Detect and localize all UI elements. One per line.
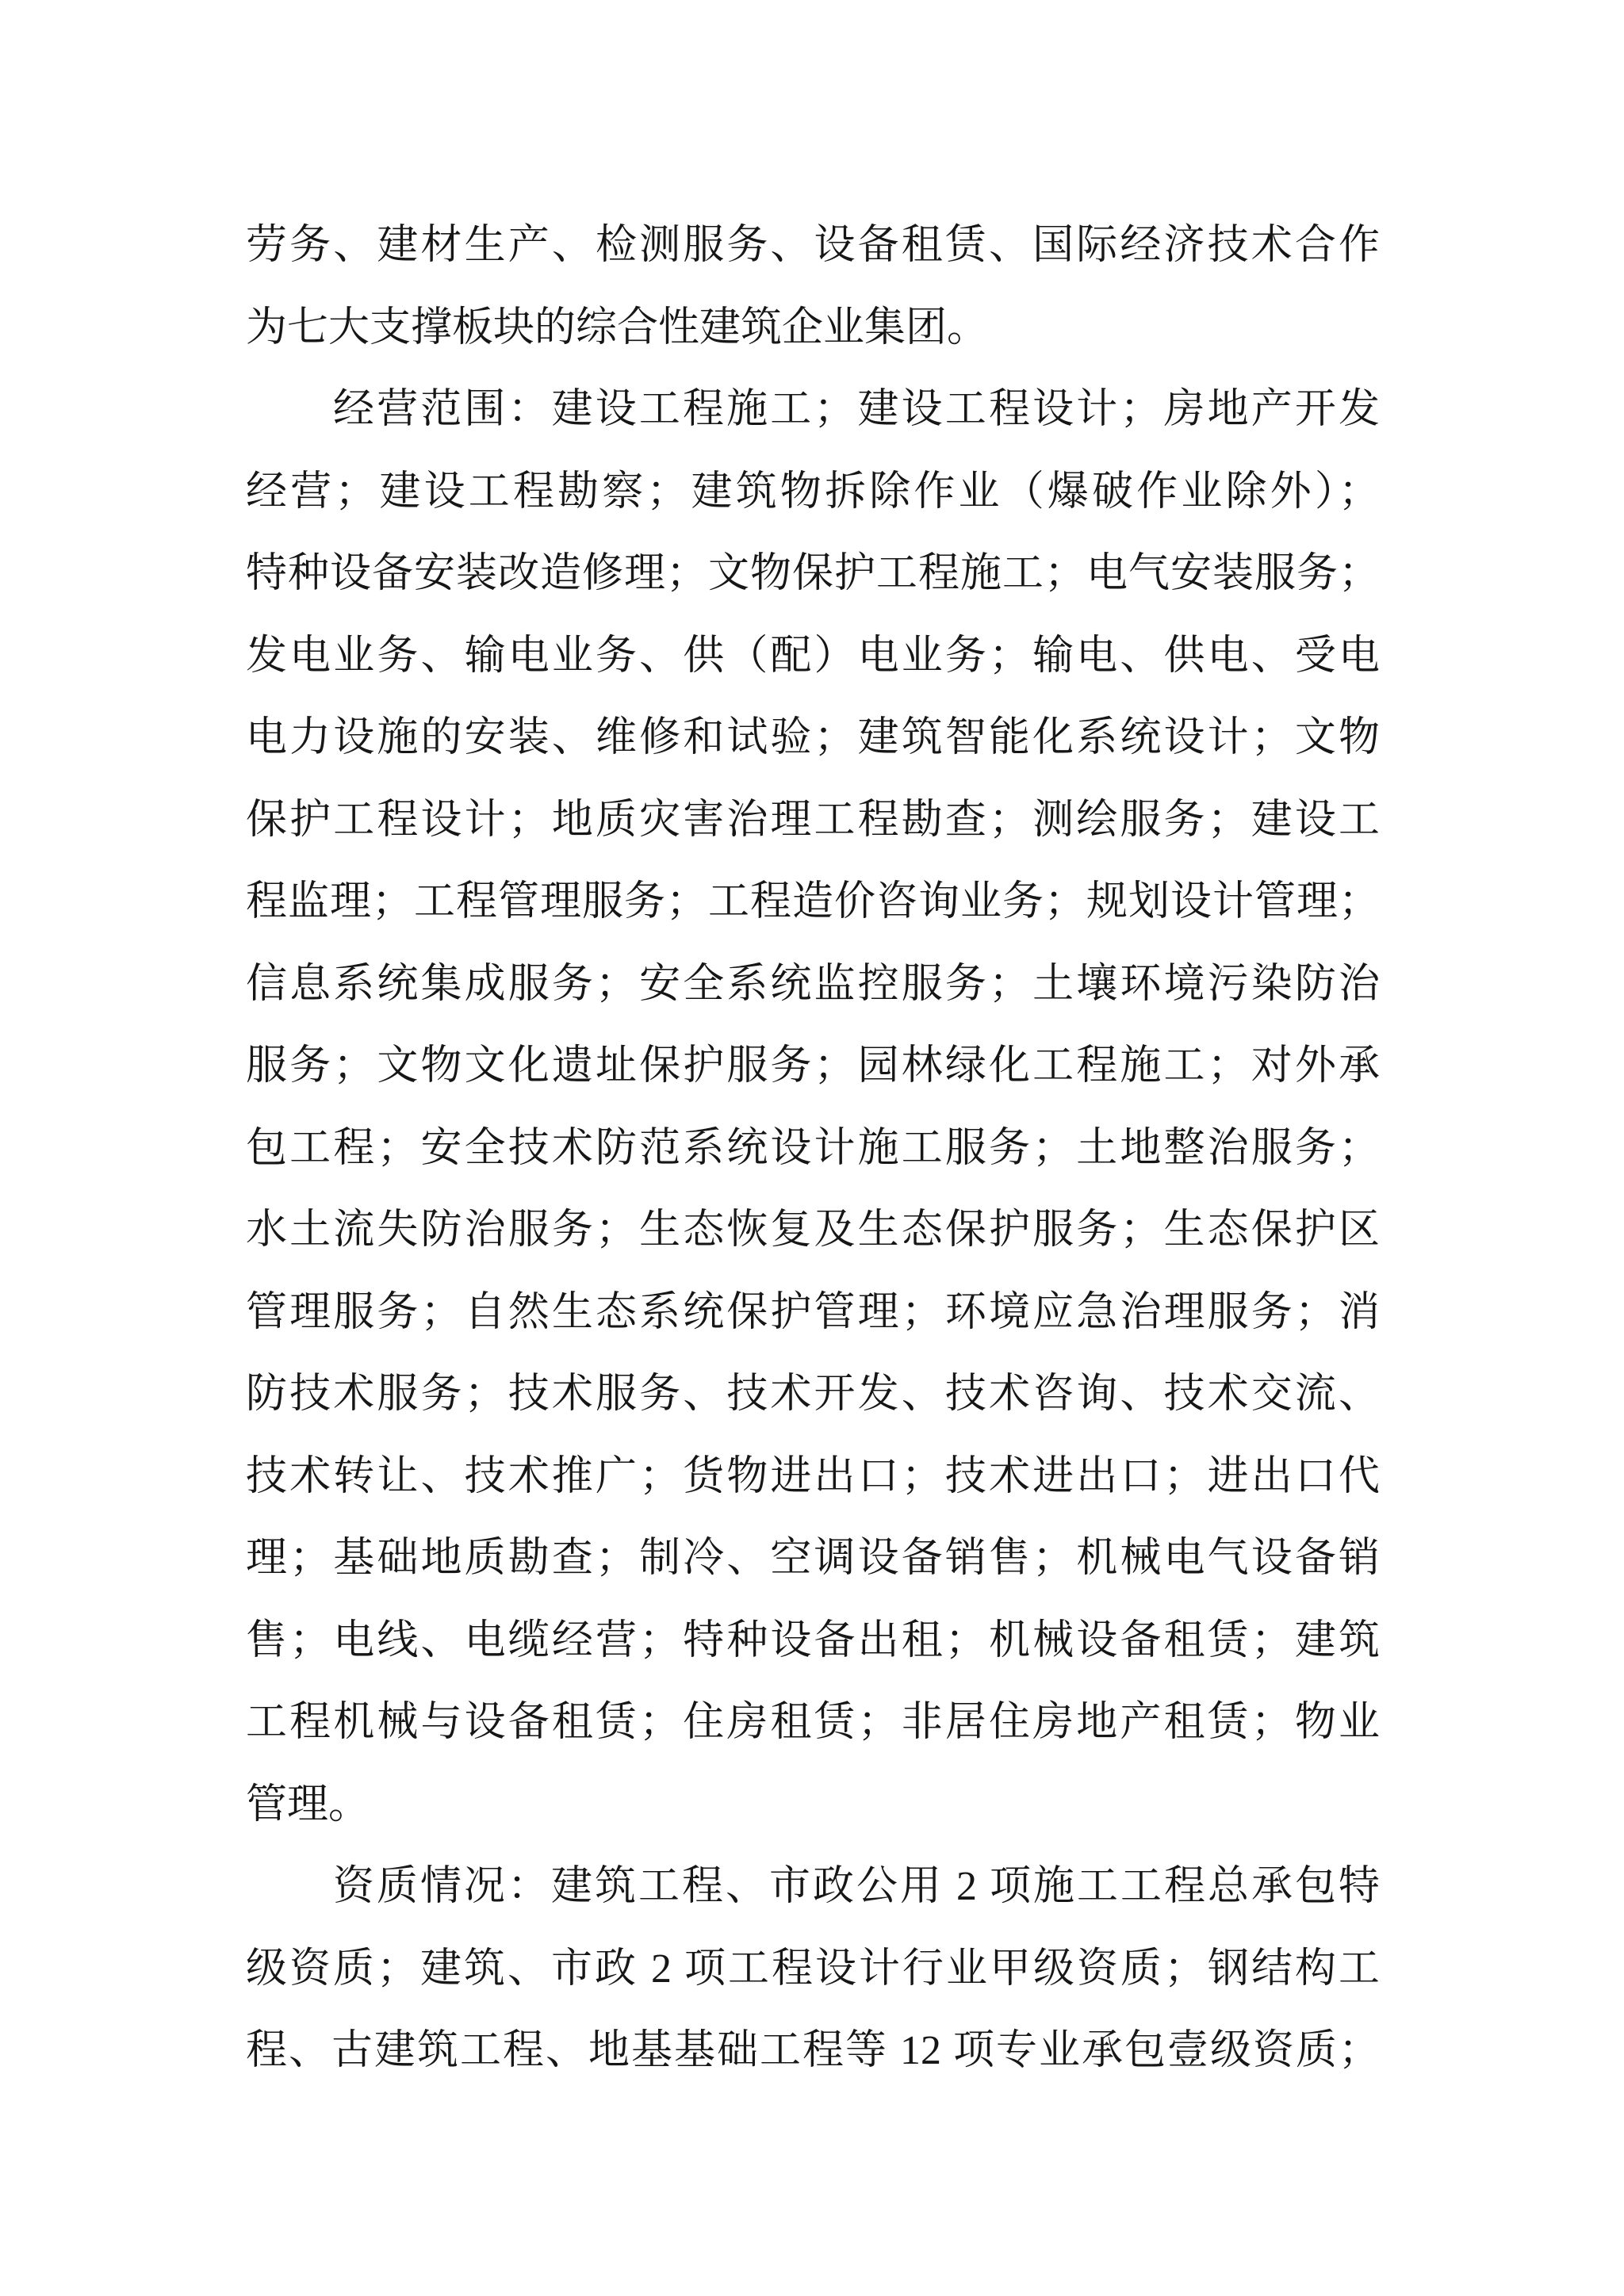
- text-line: 资质情况：建筑工程、市政公用 2 项施工工程总承包特: [246, 1846, 1380, 1928]
- text-line: 程监理；工程管理服务；工程造价咨询业务；规划设计管理；: [246, 861, 1380, 943]
- text-line: 程、古建筑工程、地基基础工程等 12 项专业承包壹级资质；: [246, 2010, 1380, 2092]
- text-line: 经营；建设工程勘察；建筑物拆除作业（爆破作业除外）；: [246, 451, 1380, 534]
- text-line: 经营范围：建设工程施工；建设工程设计；房地产开发: [246, 369, 1380, 451]
- text-line: 发电业务、输电业务、供（配）电业务；输电、供电、受电: [246, 615, 1380, 698]
- text-line: 服务；文物文化遗址保护服务；园林绿化工程施工；对外承: [246, 1025, 1380, 1108]
- text-line: 防技术服务；技术服务、技术开发、技术咨询、技术交流、: [246, 1353, 1380, 1436]
- text-line: 管理。: [246, 1764, 1380, 1846]
- text-line: 信息系统集成服务；安全系统监控服务；土壤环境污染防治: [246, 943, 1380, 1026]
- text-line: 售；电线、电缆经营；特种设备出租；机械设备租赁；建筑: [246, 1600, 1380, 1682]
- document-page: 劳务、建材生产、检测服务、设备租赁、国际经济技术合作为七大支撑板块的综合性建筑企…: [0, 0, 1624, 2296]
- text-line: 包工程；安全技术防范系统设计施工服务；土地整治服务；: [246, 1108, 1380, 1190]
- text-line: 为七大支撑板块的综合性建筑企业集团。: [246, 287, 1380, 369]
- document-body: 劳务、建材生产、检测服务、设备租赁、国际经济技术合作为七大支撑板块的综合性建筑企…: [246, 205, 1380, 2092]
- text-line: 技术转让、技术推广；货物进出口；技术进出口；进出口代: [246, 1436, 1380, 1518]
- text-line: 劳务、建材生产、检测服务、设备租赁、国际经济技术合作: [246, 205, 1380, 287]
- text-line: 管理服务；自然生态系统保护管理；环境应急治理服务；消: [246, 1272, 1380, 1354]
- text-line: 保护工程设计；地质灾害治理工程勘查；测绘服务；建设工: [246, 779, 1380, 862]
- text-line: 电力设施的安装、维修和试验；建筑智能化系统设计；文物: [246, 697, 1380, 779]
- text-line: 水土流失防治服务；生态恢复及生态保护服务；生态保护区: [246, 1189, 1380, 1272]
- text-line: 级资质；建筑、市政 2 项工程设计行业甲级资质；钢结构工: [246, 1928, 1380, 2011]
- text-line: 特种设备安装改造修理；文物保护工程施工；电气安装服务；: [246, 533, 1380, 615]
- text-line: 工程机械与设备租赁；住房租赁；非居住房地产租赁；物业: [246, 1682, 1380, 1764]
- text-line: 理；基础地质勘查；制冷、空调设备销售；机械电气设备销: [246, 1517, 1380, 1600]
